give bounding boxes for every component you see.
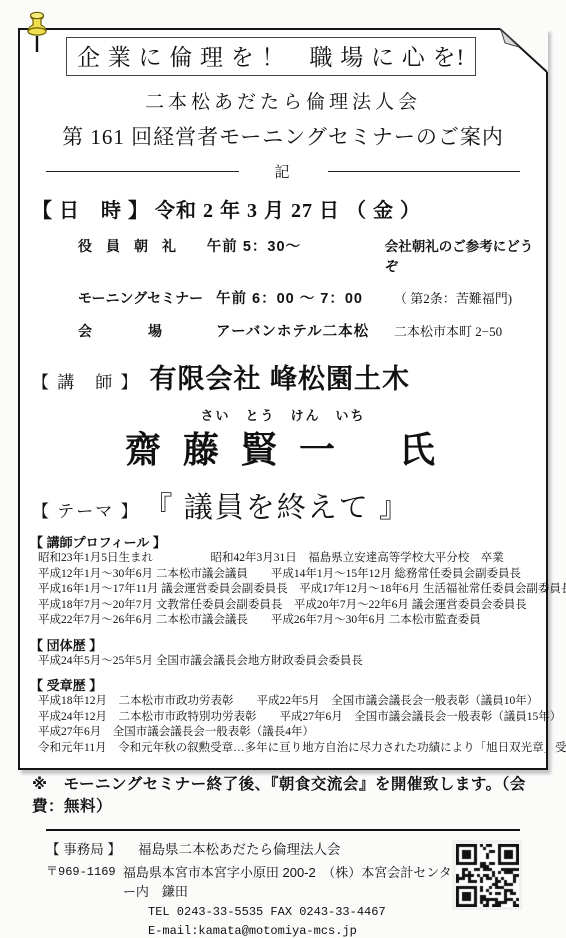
dogear-corner-icon [500,28,548,76]
schedule-note: 二本松市本町 2−50 [394,321,502,340]
groups-heading: 【 団体歴 】 [30,635,536,654]
ki-divider: 記 [46,161,520,182]
schedule-time: 午前 6：00 ～ 7：00 [216,287,394,308]
schedule-time: アーバンホテル二本松 [216,320,394,341]
theme-value: 『 議員を終えて 』 [144,485,411,526]
profile-row: 昭和23年1月5日生まれ 昭和42年3月31日 福島県立安達高等学校大平分校 卒… [38,551,536,567]
profile-row: 平成22年7月～26年6月 二本松市議会議長 平成26年7月～30年6月 二本松… [38,613,536,629]
schedule-row-venue: 会 場 アーバンホテル二本松 二本松市本町 2−50 [78,320,536,341]
flyer-content: 企 業 に 倫 理 を ！ 職 場 に 心 を! 二本松あだたら倫理法人会 第 … [20,30,546,768]
seminar-title: 第 161 回経営者モーニングセミナーのご案内 [30,121,536,151]
schedule-label: 役 員 朝 礼 [78,236,207,256]
notice-line: ※ モーニングセミナー終了後、『朝食交流会』を開催致します。（会費：無料） [32,772,536,800]
awards-section: 【 受章歴 】 平成18年12月 二本松市市政功労表彰 平成22年5月 全国市議… [30,675,536,756]
schedule-note: （ 第2条：苦難福門) [394,288,512,307]
schedule-row-chorei: 役 員 朝 礼 午前 5：30～ 会社朝礼のご参考にどうぞ [78,235,536,275]
profile-heading: 【 講師プロフィール 】 [30,532,536,551]
schedule-table: 役 員 朝 礼 午前 5：30～ 会社朝礼のご参考にどうぞ モーニングセミナー … [78,235,536,341]
speaker-line: 【 講 師 】 有限会社 峰松園土木 [32,357,536,396]
schedule-label: 会 場 [78,321,216,341]
speaker-label: 【 講 師 】 [32,368,140,393]
ki-label: 記 [275,161,292,182]
groups-row: 平成24年5月～25年5月 全国市議会議長会地方財政委員会委員長 [38,654,536,670]
awards-row: 平成18年12月 二本松市市政功労表彰 平成22年5月 全国市議会議長会一般表彰… [38,694,536,710]
awards-row: 平成24年12月 二本松市市政特別功労表彰 平成27年6月 全国市議会議長会一般… [38,710,536,726]
datetime-label: 【 日 時 】 [32,200,149,222]
datetime-value: 令和 2 年 3 月 27 日 （ 金 ） [155,200,421,222]
schedule-row-seminar: モーニングセミナー 午前 6：00 ～ 7：00 （ 第2条：苦難福門) [78,287,536,308]
profile-row: 平成12年1月～30年6月 二本松市議会議員 平成14年1月～15年12月 総務… [38,567,536,583]
speaker-name: 齋 藤 賢 一 氏 [30,422,536,473]
awards-row: 平成27年6月 全国市議会議長会一般表彰（議長4年） [38,725,536,741]
schedule-label: モーニングセミナー [78,288,216,308]
flyer-sheet: 企 業 に 倫 理 を ！ 職 場 に 心 を! 二本松あだたら倫理法人会 第 … [18,28,548,770]
theme-line: 【 テーマ 】 『 議員を終えて 』 [32,485,536,526]
awards-row: 令和元年11月 令和元年秋の叙勲受章…多年に亘り地方自治に尽力された功績により「… [38,741,536,757]
divider-line-right [328,171,521,172]
organization-name: 二本松あだたら倫理法人会 [30,87,536,114]
profile-row: 平成16年1月～17年11月 議会運営委員会副委員長 平成17年12月～18年6… [38,582,536,598]
divider-line-left [46,171,239,172]
slogan: 企 業 に 倫 理 を ！ 職 場 に 心 を! [66,37,476,76]
datetime-line: 【 日 時 】 令和 2 年 3 月 27 日 （ 金 ） [32,194,536,223]
profile-row: 平成18年7月～20年7月 文教常任委員会副委員長 平成20年7月～22年6月 … [38,598,536,614]
speaker-company: 有限会社 峰松園土木 [150,357,411,396]
theme-label: 【 テーマ 】 [32,497,140,522]
slogan-wrap: 企 業 に 倫 理 を ！ 職 場 に 心 を! [66,37,536,76]
awards-heading: 【 受章歴 】 [30,675,536,694]
schedule-note: 会社朝礼のご参考にどうぞ [385,235,536,275]
schedule-time: 午前 5：30～ [207,235,385,256]
pushpin-icon [20,10,54,60]
profile-section: 【 講師プロフィール 】 昭和23年1月5日生まれ 昭和42年3月31日 福島県… [30,532,536,629]
groups-section: 【 団体歴 】 平成24年5月～25年5月 全国市議会議長会地方財政委員会委員長 [30,635,536,670]
